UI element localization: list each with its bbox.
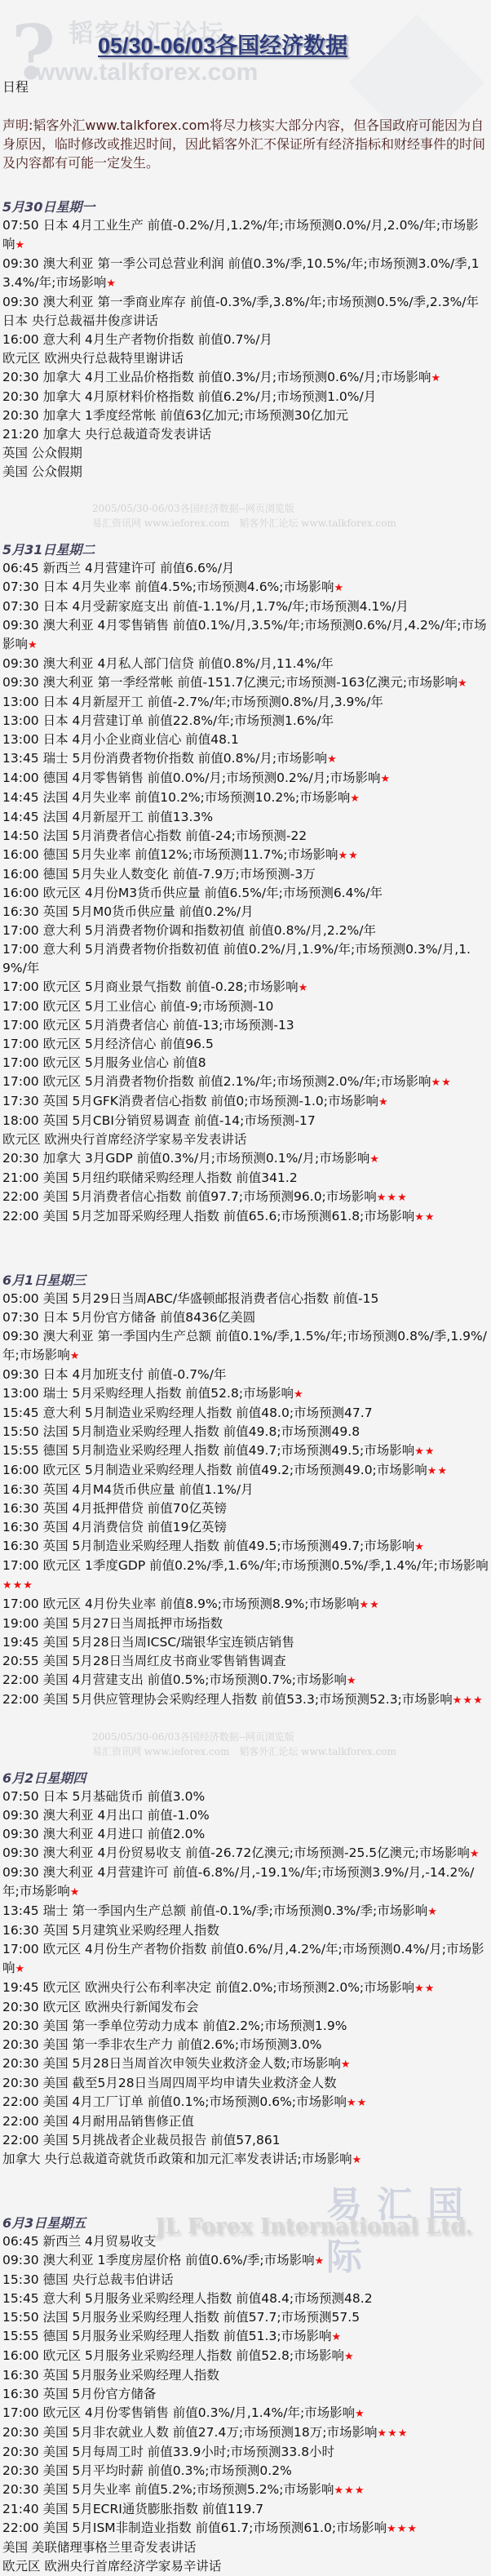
event-text: 16:00 德国 5月失业人数变化 前值-7.9万;市场预测-3万 (2, 867, 316, 882)
event-text: 16:00 欧元区 5月制造业采购经理人指数 前值49.2;市场预测49.0;市… (2, 1463, 427, 1477)
event-row: 16:00 德国 5月失业人数变化 前值-7.9万;市场预测-3万 (2, 865, 489, 884)
impact-star-icon: ★ (355, 2408, 365, 2420)
event-row: 17:00 欧元区 5月商业景气指数 前值-0.28;市场影响★ (2, 978, 489, 997)
event-text: 15:50 法国 5月制造业采购经理人指数 前值49.8;市场预测49.8 (2, 1424, 360, 1439)
event-row: 21:00 美国 5月纽约联储采购经理人指数 前值341.2 (2, 1169, 489, 1188)
event-row: 16:00 欧元区 4月份M3货币供应量 前值6.5%/年;市场预测6.4%/年 (2, 884, 489, 903)
event-row: 09:30 澳大利亚 4月份贸易收支 前值-26.72亿澳元;市场预测-25.5… (2, 1844, 489, 1863)
event-text: 09:30 澳大利亚 4月份贸易收支 前值-26.72亿澳元;市场预测-25.5… (2, 1845, 470, 1860)
site-watermark-line2: 易汇资讯网 www.ieforex.com 韬客外汇论坛 www.talkfor… (92, 516, 491, 531)
footer-logo-english: JL Forex International Ltd. (155, 2214, 472, 2239)
event-row: 05:00 美国 5月29日当周ABC/华盛顿邮报消费者信心指数 前值-15 (2, 1290, 489, 1308)
event-row: 21:20 加拿大 央行总裁道奇发表讲话 (2, 425, 489, 444)
site-watermark: 2005/05/30-06/03各国经济数据--网页浏览版易汇资讯网 www.i… (92, 501, 491, 531)
event-row: 13:00 日本 4月新屋开工 前值-2.7%/年;市场预测0.8%/月,3.9… (2, 693, 489, 712)
event-row: 16:00 欧元区 5月制造业采购经理人指数 前值49.2;市场预测49.0;市… (2, 1461, 489, 1481)
event-row: 19:45 美国 5月28日当周ICSC/瑞银华宝连锁店销售 (2, 1633, 489, 1652)
impact-star-icon: ★★★ (378, 2427, 409, 2440)
event-row: 17:00 意大利 5月消费者物价调和指数初值 前值0.8%/月,2.2%/年 (2, 922, 489, 940)
event-text: 欧元区 欧洲央行总裁特里谢讲话 (2, 351, 184, 366)
event-text: 美国 美联储理事格兰里奇发表讲话 (2, 2540, 196, 2555)
event-row: 20:30 加拿大 4月原材料价格指数 前值6.2%/月;市场预测1.0%/月 (2, 388, 489, 406)
event-text: 22:00 美国 5月消费者信心指数 前值97.7;市场预测96.0;市场影响 (2, 1189, 377, 1204)
event-row: 07:30 日本 4月受薪家庭支出 前值-1.1%/月,1.7%/年;市场预测4… (2, 597, 489, 616)
impact-star-icon: ★ (332, 2331, 343, 2343)
event-text: 21:40 美国 5月ECRI通货膨胀指数 前值119.7 (2, 2502, 263, 2516)
event-row: 17:00 欧元区 5月服务业信心 前值8 (2, 1054, 489, 1073)
event-text: 19:45 美国 5月28日当周ICSC/瑞银华宝连锁店销售 (2, 1635, 294, 1650)
event-row: 20:30 美国 5月平均时薪 前值0.3%;市场预测0.2% (2, 2462, 489, 2481)
event-text: 16:00 意大利 4月生产者物价指数 前值0.7%/月 (2, 332, 272, 347)
event-text: 19:00 美国 5月27日当周抵押市场指数 (2, 1616, 223, 1631)
impact-star-icon: ★ (369, 1153, 380, 1166)
event-text: 15:30 德国 央行总裁韦伯讲话 (2, 2272, 174, 2287)
event-row: 09:30 澳大利亚 第一季公司总营业利润 前值0.3%/季,10.5%/年;市… (2, 255, 489, 293)
event-text: 17:00 欧元区 5月经济信心 前值96.5 (2, 1037, 214, 1051)
event-text: 13:00 瑞士 5月采购经理人指数 前值52.8;市场影响 (2, 1386, 294, 1401)
event-row: 14:50 法国 5月消费者信心指数 前值-24;市场预测-22 (2, 827, 489, 846)
event-row: 09:30 日本 4月加班支付 前值-0.7%/年 (2, 1366, 489, 1384)
event-text: 17:00 欧元区 4月份生产者物价指数 前值0.6%/月,4.2%/年;市场预… (2, 1942, 484, 1975)
impact-star-icon: ★ (15, 1963, 26, 1975)
event-row: 22:00 美国 5月挑战者企业裁员报告 前值57,861 (2, 2131, 489, 2150)
event-row: 20:30 美国 5月非农就业人数 前值27.4万;市场预测18万;市场影响★★… (2, 2423, 489, 2443)
event-row: 21:40 美国 5月ECRI通货膨胀指数 前值119.7 (2, 2500, 489, 2519)
event-row: 22:00 美国 4月营建支出 前值0.5%;市场预测0.7%;市场影响★ (2, 1671, 489, 1690)
event-row: 13:45 瑞士 5月份消费者物价指数 前值0.8%/月;市场影响★ (2, 749, 489, 769)
event-text: 18:00 英国 5月CBI分销贸易调查 前值-14;市场预测-17 (2, 1113, 316, 1128)
day-title: 5月31日星期二 (2, 540, 489, 559)
event-text: 16:30 英国 5月建筑业采购经理人指数 (2, 1923, 219, 1938)
event-text: 13:00 日本 4月营建订单 前值22.8%/年;市场预测1.6%/年 (2, 713, 334, 728)
day-title: 6月2日星期四 (2, 1769, 489, 1788)
event-text: 16:30 英国 5月M0货币供应量 前值0.2%/月 (2, 904, 254, 919)
event-row: 17:00 欧元区 5月消费者信心 前值-13;市场预测-13 (2, 1016, 489, 1035)
event-row: 16:30 英国 5月M0货币供应量 前值0.2%/月 (2, 903, 489, 922)
jl-forex-logo-watermark: 易汇国际 JL Forex International Ltd. (155, 2175, 489, 2257)
impact-star-icon: ★ (28, 639, 38, 651)
event-text: 19:45 欧元区 欧洲央行公布利率决定 前值2.0%;市场预测2.0%;市场影… (2, 1980, 414, 1995)
event-row: 07:30 日本 4月失业率 前值4.5%;市场预测4.6%;市场影响★ (2, 578, 489, 597)
day-title: 6月1日星期三 (2, 1271, 489, 1290)
event-row: 17:00 意大利 5月消费者物价指数初值 前值0.2%/月,1.9%/年;市场… (2, 940, 489, 978)
event-row: 美国 美联储理事格兰里奇发表讲话 (2, 2538, 489, 2557)
event-text: 17:00 欧元区 4月份零售销售 前值0.3%/月,1.4%/年;市场影响 (2, 2405, 355, 2420)
event-row: 20:30 美国 第一季非农生产力 前值2.6%;市场预测3.0% (2, 2036, 489, 2054)
event-text: 13:45 瑞士 第一季国内生产总额 前值-0.1%/季;市场预测0.3%/季;… (2, 1903, 427, 1918)
event-text: 16:30 英国 5月服务业采购经理人指数 (2, 2368, 219, 2383)
impact-star-icon: ★ (427, 1906, 438, 1918)
event-row: 加拿大 央行总裁道奇就货币政策和加元汇率发表讲话;市场影响★ (2, 2150, 489, 2170)
impact-star-icon: ★★★ (387, 2523, 418, 2535)
event-text: 14:00 德国 4月零售销售 前值0.0%/月;市场预测0.2%/月;市场影响 (2, 771, 380, 785)
event-text: 20:30 美国 5月28日当周首次申领失业救济金人数;市场影响 (2, 2056, 341, 2071)
event-row: 07:50 日本 4月工业生产 前值-0.2%/月,1.2%/年;市场预测0.0… (2, 216, 489, 255)
event-row: 16:30 英国 5月制造业采购经理人指数 前值49.5;市场预测49.7;市场… (2, 1537, 489, 1557)
event-text: 16:30 英国 4月抵押借贷 前值70亿英镑 (2, 1501, 227, 1516)
event-row: 19:00 美国 5月27日当周抵押市场指数 (2, 1614, 489, 1633)
event-row: 15:55 德国 5月制造业采购经理人指数 前值49.7;市场预测49.5;市场… (2, 1441, 489, 1461)
impact-star-icon: ★ (294, 1388, 304, 1401)
spacer (0, 172, 491, 198)
impact-star-icon: ★★ (347, 2097, 367, 2109)
event-row: 16:00 德国 5月失业率 前值12%;市场预测11.7%;市场影响★★ (2, 846, 489, 865)
impact-star-icon: ★★★ (334, 2485, 365, 2497)
impact-star-icon: ★ (352, 2154, 363, 2166)
event-row: 15:50 法国 5月制造业采购经理人指数 前值49.8;市场预测49.8 (2, 1423, 489, 1441)
event-row: 13:00 瑞士 5月采购经理人指数 前值52.8;市场影响★ (2, 1384, 489, 1404)
event-text: 13:45 瑞士 5月份消费者物价指数 前值0.8%/月;市场影响 (2, 751, 327, 766)
event-text: 16:00 欧元区 4月份M3货币供应量 前值6.5%/年;市场预测6.4%/年 (2, 886, 383, 900)
event-text: 13:00 日本 4月小企业商业信心 前值48.1 (2, 732, 239, 747)
event-row: 16:00 欧元区 5月服务业采购经理人指数 前值52.8;市场影响★ (2, 2347, 489, 2366)
event-text: 20:30 美国 第一季单位劳动力成本 前值2.2%;市场预测1.9% (2, 2019, 347, 2033)
event-row: 20:30 美国 截至5月28日当周四周平均申请失业救济金人数 (2, 2074, 489, 2093)
impact-star-icon: ★ (414, 1541, 425, 1553)
event-row: 15:45 意大利 5月制造业采购经理人指数 前值48.0;市场预测47.7 (2, 1404, 489, 1423)
event-text: 13:00 日本 4月新屋开工 前值-2.7%/年;市场预测0.8%/月,3.9… (2, 695, 383, 709)
event-row: 22:00 美国 5月消费者信心指数 前值97.7;市场预测96.0;市场影响★… (2, 1188, 489, 1207)
event-text: 05:00 美国 5月29日当周ABC/华盛顿邮报消费者信心指数 前值-15 (2, 1291, 378, 1306)
event-row: 欧元区 欧洲央行总裁特里谢讲话 (2, 349, 489, 368)
event-row: 07:50 日本 5月基础货币 前值3.0% (2, 1788, 489, 1806)
event-text: 17:00 欧元区 1季度GDP 前值0.2%/季,1.6%/年;市场预测0.5… (2, 1558, 489, 1573)
event-row: 20:55 美国 5月28日当周红皮书商业零售销售调查 (2, 1652, 489, 1671)
event-text: 20:30 美国 截至5月28日当周四周平均申请失业救济金人数 (2, 2076, 337, 2090)
impact-star-icon: ★ (470, 1848, 480, 1860)
event-row: 15:45 意大利 5月服务业采购经理人指数 前值48.4;市场预测48.2 (2, 2290, 489, 2308)
event-text: 22:00 美国 5月供应管理协会采购经理人指数 前值53.3;市场预测52.3… (2, 1692, 453, 1707)
event-text: 美国 公众假期 (2, 464, 82, 479)
event-text: 17:00 欧元区 5月消费者信心 前值-13;市场预测-13 (2, 1018, 294, 1033)
event-row: 英国 公众假期 (2, 444, 489, 463)
event-row: 07:30 日本 5月份官方储备 前值8436亿美圆 (2, 1308, 489, 1327)
event-text: 欧元区 欧洲央行首席经济学家易辛发表讲话 (2, 1132, 246, 1147)
event-text: 09:30 澳大利亚 第一季公司总营业利润 前值0.3%/季,10.5%/年;市… (2, 256, 480, 290)
day-section: 5月30日星期一07:50 日本 4月工业生产 前值-0.2%/月,1.2%/年… (0, 198, 491, 482)
event-text: 20:30 美国 5月每周工时 前值33.9小时;市场预测33.8小时 (2, 2445, 334, 2459)
event-row: 20:30 加拿大 3月GDP 前值0.3%/月;市场预测0.1%/月;市场影响… (2, 1149, 489, 1169)
event-text: 20:30 美国 5月平均时薪 前值0.3%;市场预测0.2% (2, 2463, 292, 2478)
event-row: 19:45 欧元区 欧洲央行公布利率决定 前值2.0%;市场预测2.0%;市场影… (2, 1979, 489, 1998)
event-row: 13:00 日本 4月营建订单 前值22.8%/年;市场预测1.6%/年 (2, 712, 489, 731)
impact-star-icon: ★ (341, 2059, 352, 2071)
event-row: 14:00 德国 4月零售销售 前值0.0%/月;市场预测0.2%/月;市场影响… (2, 769, 489, 788)
event-row: 20:30 加拿大 4月工业品价格指数 前值0.3%/月;市场预测0.6%/月;… (2, 368, 489, 388)
event-text: 22:00 美国 5月ISM非制造业指数 前值61.7;市场预测61.0;市场影… (2, 2520, 387, 2535)
impact-star-icon: ★ (350, 793, 361, 805)
event-text: 07:50 日本 4月工业生产 前值-0.2%/月,1.2%/年;市场预测0.0… (2, 218, 479, 251)
impact-star-icon: ★ (380, 773, 391, 785)
impact-star-icon: ★★ (414, 1446, 435, 1458)
event-text: 22:00 美国 4月工厂订单 前值0.1%;市场预测0.6%;市场影响 (2, 2094, 347, 2109)
event-text: 15:55 德国 5月制造业采购经理人指数 前值49.7;市场预测49.5;市场… (2, 1443, 414, 1458)
event-row: 14:45 法国 4月失业率 前值10.2%;市场预测10.2%;市场影响★ (2, 788, 489, 808)
event-row: 17:00 欧元区 5月经济信心 前值96.5 (2, 1035, 489, 1054)
event-text: 日本 央行总裁福井俊彦讲话 (2, 313, 158, 328)
impact-star-icon: ★ (70, 1350, 81, 1362)
event-text: 07:30 日本 4月失业率 前值4.5%;市场预测4.6%;市场影响 (2, 580, 334, 594)
event-row: 09:30 澳大利亚 第一季商业库存 前值-0.3%/季,3.8%/年;市场预测… (2, 293, 489, 312)
event-row: 09:30 澳大利亚 4月进口 前值2.0% (2, 1825, 489, 1844)
event-text: 22:00 美国 4月营建支出 前值0.5%;市场预测0.7%;市场影响 (2, 1672, 347, 1687)
event-text: 07:30 日本 5月份官方储备 前值8436亿美圆 (2, 1310, 255, 1325)
event-text: 09:30 澳大利亚 4月私人部门信贷 前值0.8%/月,11.4%/年 (2, 656, 334, 671)
site-watermark-line1: 2005/05/30-06/03各国经济数据--网页浏览版 (92, 1730, 491, 1744)
site-watermark-line1: 2005/05/30-06/03各国经济数据--网页浏览版 (92, 501, 491, 516)
event-text: 欧元区 欧洲央行首席经济学家易辛讲话 (2, 2559, 221, 2574)
event-text: 16:00 德国 5月失业率 前值12%;市场预测11.7%;市场影响 (2, 847, 338, 862)
event-row: 15:50 法国 5月服务业采购经理人指数 前值57.7;市场预测57.5 (2, 2308, 489, 2327)
impact-star-icon: ★ (378, 1096, 389, 1108)
event-text: 09:30 澳大利亚 第一季商业库存 前值-0.3%/季,3.8%/年;市场预测… (2, 295, 479, 309)
event-row: 16:30 英国 5月份官方储备 (2, 2385, 489, 2404)
disclaimer: 声明:韬客外汇www.talkforex.com将尽力核实大部分内容，但各国政府… (2, 116, 489, 172)
event-row: 16:00 意大利 4月生产者物价指数 前值0.7%/月 (2, 331, 489, 349)
event-text: 09:30 日本 4月加班支付 前值-0.7%/年 (2, 1367, 227, 1382)
event-text: 16:30 英国 4月M4货币供应量 前值1.1%/月 (2, 1482, 254, 1497)
event-text: 16:30 英国 5月制造业采购经理人指数 前值49.5;市场预测49.7;市场… (2, 1539, 414, 1553)
event-text: 22:00 美国 4月耐用品销售修正值 (2, 2114, 194, 2129)
event-text: 17:00 意大利 5月消费者物价指数初值 前值0.2%/月,1.9%/年;市场… (2, 942, 471, 975)
event-row: 14:45 法国 4月新屋开工 前值13.3% (2, 808, 489, 827)
site-watermark-line2: 易汇资讯网 www.ieforex.com 韬客外汇论坛 www.talkfor… (92, 1744, 491, 1759)
impact-star-icon: ★★ (360, 1599, 380, 1611)
impact-star-icon: ★ (347, 1675, 357, 1687)
event-row: 09:30 澳大利亚 4月私人部门信贷 前值0.8%/月,11.4%/年 (2, 655, 489, 673)
event-text: 17:00 欧元区 5月商业景气指数 前值-0.28;市场影响 (2, 979, 299, 994)
impact-star-icon: ★ (15, 239, 26, 251)
impact-star-icon: ★ (458, 677, 468, 690)
event-text: 09:30 澳大利亚 4月零售销售 前值0.1%/月,3.5%/年;市场预测0.… (2, 618, 487, 651)
event-text: 20:30 欧元区 欧洲央行新闻发布会 (2, 2000, 199, 2014)
day-section: 6月1日星期三05:00 美国 5月29日当周ABC/华盛顿邮报消费者信心指数 … (0, 1271, 491, 1710)
event-text: 07:50 日本 5月基础货币 前值3.0% (2, 1789, 205, 1804)
event-row: 17:30 英国 5月GFK消费者信心指数 前值0;市场预测-1.0;市场影响★ (2, 1092, 489, 1112)
impact-star-icon: ★ (70, 1886, 81, 1899)
impact-star-icon: ★ (106, 278, 117, 290)
logo-url: www.talkforex.com (36, 59, 258, 87)
event-row: 15:55 德国 5月服务业采购经理人指数 前值51.3;市场影响★ (2, 2327, 489, 2347)
page-header: ? 韬客外汇论坛 www.talkforex.com 05/30-06/03各国… (0, 0, 491, 96)
event-text: 09:30 澳大利亚 4月进口 前值2.0% (2, 1827, 205, 1841)
page-title: 05/30-06/03各国经济数据 (98, 28, 347, 60)
impact-star-icon: ★★★ (377, 1192, 408, 1204)
day-section: 6月2日星期四07:50 日本 5月基础货币 前值3.0%09:30 澳大利亚 … (0, 1769, 491, 2170)
event-text: 加拿大 央行总裁道奇就货币政策和加元汇率发表讲话;市场影响 (2, 2152, 352, 2166)
event-row: 09:30 澳大利亚 4月营建许可 前值-6.8%/月,-19.1%/年;市场预… (2, 1863, 489, 1902)
event-row: 17:00 欧元区 1季度GDP 前值0.2%/季,1.6%/年;市场预测0.5… (2, 1557, 489, 1595)
event-row: 欧元区 欧洲央行首席经济学家易辛发表讲话 (2, 1130, 489, 1149)
impact-star-icon: ★ (334, 582, 345, 594)
event-row: 22:00 美国 4月耐用品销售修正值 (2, 2112, 489, 2131)
schedule-label: 日程 (2, 77, 29, 95)
event-text: 14:45 法国 4月新屋开工 前值13.3% (2, 810, 213, 824)
event-text: 20:55 美国 5月28日当周红皮书商业零售销售调查 (2, 1654, 286, 1668)
event-text: 07:30 日本 4月受薪家庭支出 前值-1.1%/月,1.7%/年;市场预测4… (2, 599, 409, 614)
event-text: 20:30 美国 第一季非农生产力 前值2.6%;市场预测3.0% (2, 2037, 321, 2052)
event-row: 20:30 美国 第一季单位劳动力成本 前值2.2%;市场预测1.9% (2, 2017, 489, 2036)
event-row: 美国 公众假期 (2, 463, 489, 482)
event-row: 22:00 美国 5月供应管理协会采购经理人指数 前值53.3;市场预测52.3… (2, 1690, 489, 1710)
event-text: 14:45 法国 4月失业率 前值10.2%;市场预测10.2%;市场影响 (2, 790, 350, 805)
event-text: 20:30 加拿大 4月工业品价格指数 前值0.3%/月;市场预测0.6%/月;… (2, 370, 431, 384)
event-text: 17:30 英国 5月GFK消费者信心指数 前值0;市场预测-1.0;市场影响 (2, 1094, 378, 1108)
event-row: 09:30 澳大利亚 第一季经常帐 前值-151.7亿澳元;市场预测-163亿澳… (2, 673, 489, 693)
event-text: 17:00 欧元区 4月份失业率 前值8.9%;市场预测8.9%;市场影响 (2, 1597, 360, 1611)
impact-star-icon: ★★ (427, 1465, 448, 1477)
event-text: 09:30 澳大利亚 4月出口 前值-1.0% (2, 1808, 210, 1823)
impact-star-icon: ★ (431, 372, 441, 384)
event-row: 17:00 欧元区 5月工业信心 前值-9;市场预测-10 (2, 997, 489, 1016)
event-text: 15:45 意大利 5月服务业采购经理人指数 前值48.4;市场预测48.2 (2, 2291, 373, 2306)
impact-star-icon: ★ (299, 982, 309, 994)
impact-star-icon: ★★ (414, 1211, 435, 1224)
event-row: 欧元区 欧洲央行首席经济学家易辛讲话 (2, 2557, 489, 2576)
event-text: 20:30 加拿大 3月GDP 前值0.3%/月;市场预测0.1%/月;市场影响 (2, 1151, 369, 1166)
event-text: 21:00 美国 5月纽约联储采购经理人指数 前值341.2 (2, 1170, 298, 1185)
event-text: 15:55 德国 5月服务业采购经理人指数 前值51.3;市场影响 (2, 2329, 332, 2343)
event-row: 09:30 澳大利亚 4月零售销售 前值0.1%/月,3.5%/年;市场预测0.… (2, 616, 489, 655)
event-text: 17:00 意大利 5月消费者物价调和指数初值 前值0.8%/月,2.2%/年 (2, 923, 376, 938)
event-text: 09:30 澳大利亚 第一季经常帐 前值-151.7亿澳元;市场预测-163亿澳… (2, 675, 458, 690)
event-text: 20:30 美国 5月失业率 前值5.2%;市场预测5.2%;市场影响 (2, 2482, 334, 2497)
event-row: 20:30 欧元区 欧洲央行新闻发布会 (2, 1998, 489, 2017)
event-row: 20:30 美国 5月每周工时 前值33.9小时;市场预测33.8小时 (2, 2443, 489, 2462)
impact-star-icon: ★ (344, 2351, 355, 2363)
event-row: 18:00 英国 5月CBI分销贸易调查 前值-14;市场预测-17 (2, 1112, 489, 1130)
event-row: 13:00 日本 4月小企业商业信心 前值48.1 (2, 731, 489, 749)
event-text: 15:45 意大利 5月制造业采购经理人指数 前值48.0;市场预测47.7 (2, 1406, 373, 1420)
impact-star-icon: ★★★ (453, 1694, 484, 1707)
event-row: 16:30 英国 5月服务业采购经理人指数 (2, 2366, 489, 2385)
impact-star-icon: ★★ (414, 1983, 435, 1995)
impact-star-icon: ★ (327, 753, 338, 766)
event-text: 17:00 欧元区 5月消费者物价指数 前值2.1%/年;市场预测2.0%/年;… (2, 1074, 431, 1089)
event-text: 20:30 加拿大 1季度经常帐 前值63亿加元;市场预测30亿加元 (2, 408, 348, 423)
spacer (0, 1227, 491, 1271)
event-text: 20:30 美国 5月非农就业人数 前值27.4万;市场预测18万;市场影响 (2, 2425, 378, 2440)
event-text: 14:50 法国 5月消费者信心指数 前值-24;市场预测-22 (2, 828, 307, 843)
event-text: 06:45 新西兰 4月贸易收支 (2, 2234, 156, 2249)
impact-star-icon: ★★★ (2, 1579, 33, 1592)
event-text: 22:00 美国 5月芝加哥采购经理人指数 前值65.6;市场预测61.8;市场… (2, 1209, 414, 1224)
event-text: 16:30 英国 4月消费信贷 前值19亿英镑 (2, 1520, 227, 1534)
event-text: 17:00 欧元区 5月服务业信心 前值8 (2, 1055, 206, 1070)
event-text: 17:00 欧元区 5月工业信心 前值-9;市场预测-10 (2, 999, 273, 1014)
event-text: 06:45 新西兰 4月营建许可 前值6.6%/月 (2, 561, 234, 575)
event-text: 英国 公众假期 (2, 446, 82, 460)
event-row: 13:45 瑞士 第一季国内生产总额 前值-0.1%/季;市场预测0.3%/季;… (2, 1902, 489, 1921)
event-row: 20:30 加拿大 1季度经常帐 前值63亿加元;市场预测30亿加元 (2, 406, 489, 425)
event-row: 22:00 美国 4月工厂订单 前值0.1%;市场预测0.6%;市场影响★★ (2, 2093, 489, 2112)
impact-star-icon: ★★ (338, 850, 358, 862)
event-row: 22:00 美国 5月ISM非制造业指数 前值61.7;市场预测61.0;市场影… (2, 2519, 489, 2538)
event-row: 20:30 美国 5月失业率 前值5.2%;市场预测5.2%;市场影响★★★ (2, 2481, 489, 2500)
event-text: 16:00 欧元区 5月服务业采购经理人指数 前值52.8;市场影响 (2, 2348, 344, 2363)
event-text: 22:00 美国 5月挑战者企业裁员报告 前值57,861 (2, 2133, 281, 2147)
impact-star-icon: ★ (315, 2255, 325, 2267)
event-row: 16:30 英国 4月消费信贷 前值19亿英镑 (2, 1518, 489, 1537)
event-row: 16:30 英国 4月抵押借贷 前值70亿英镑 (2, 1499, 489, 1518)
event-row: 20:30 美国 5月28日当周首次申领失业救济金人数;市场影响★ (2, 2054, 489, 2074)
event-row: 17:00 欧元区 5月消费者物价指数 前值2.1%/年;市场预测2.0%/年;… (2, 1073, 489, 1092)
site-watermark: 2005/05/30-06/03各国经济数据--网页浏览版易汇资讯网 www.i… (92, 1730, 491, 1759)
impact-star-icon: ★★ (431, 1077, 451, 1089)
event-row: 17:00 欧元区 4月份零售销售 前值0.3%/月,1.4%/年;市场影响★ (2, 2404, 489, 2423)
event-text: 21:20 加拿大 央行总裁道奇发表讲话 (2, 427, 211, 442)
event-row: 17:00 欧元区 4月份失业率 前值8.9%;市场预测8.9%;市场影响★★ (2, 1595, 489, 1614)
event-row: 09:30 澳大利亚 第一季国内生产总额 前值0.1%/季,1.5%/年;市场预… (2, 1327, 489, 1366)
event-row: 16:30 英国 4月M4货币供应量 前值1.1%/月 (2, 1481, 489, 1499)
event-row: 06:45 新西兰 4月营建许可 前值6.6%/月 (2, 559, 489, 578)
event-row: 09:30 澳大利亚 4月出口 前值-1.0% (2, 1806, 489, 1825)
event-row: 17:00 欧元区 4月份生产者物价指数 前值0.6%/月,4.2%/年;市场预… (2, 1940, 489, 1979)
event-row: 16:30 英国 5月建筑业采购经理人指数 (2, 1921, 489, 1940)
event-text: 20:30 加拿大 4月原材料价格指数 前值6.2%/月;市场预测1.0%/月 (2, 389, 376, 404)
event-text: 16:30 英国 5月份官方储备 (2, 2387, 156, 2401)
event-text: 15:50 法国 5月服务业采购经理人指数 前值57.7;市场预测57.5 (2, 2310, 360, 2325)
event-row: 日本 央行总裁福井俊彦讲话 (2, 312, 489, 331)
day-title: 5月30日星期一 (2, 198, 489, 216)
day-section: 5月31日星期二06:45 新西兰 4月营建许可 前值6.6%/月07:30 日… (0, 540, 491, 1227)
event-row: 22:00 美国 5月芝加哥采购经理人指数 前值65.6;市场预测61.8;市场… (2, 1207, 489, 1227)
